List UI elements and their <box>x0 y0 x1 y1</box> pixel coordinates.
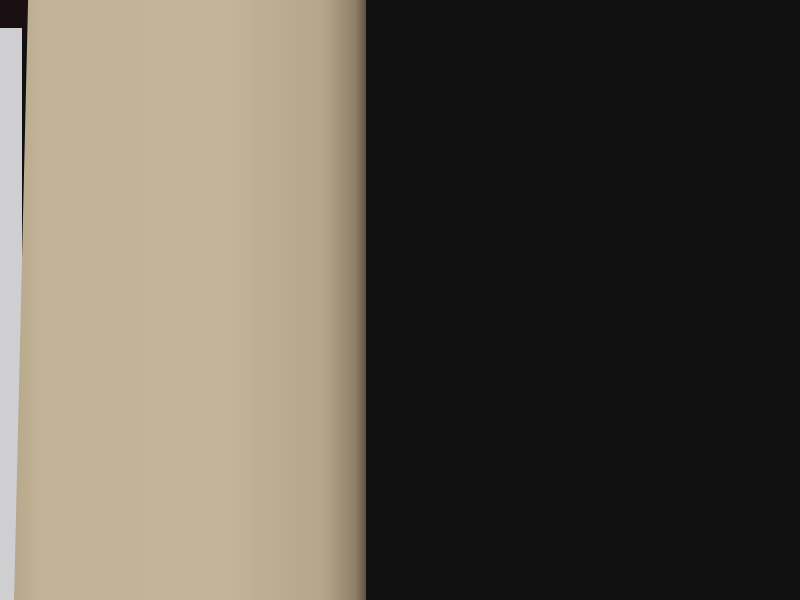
left-page <box>14 0 366 600</box>
